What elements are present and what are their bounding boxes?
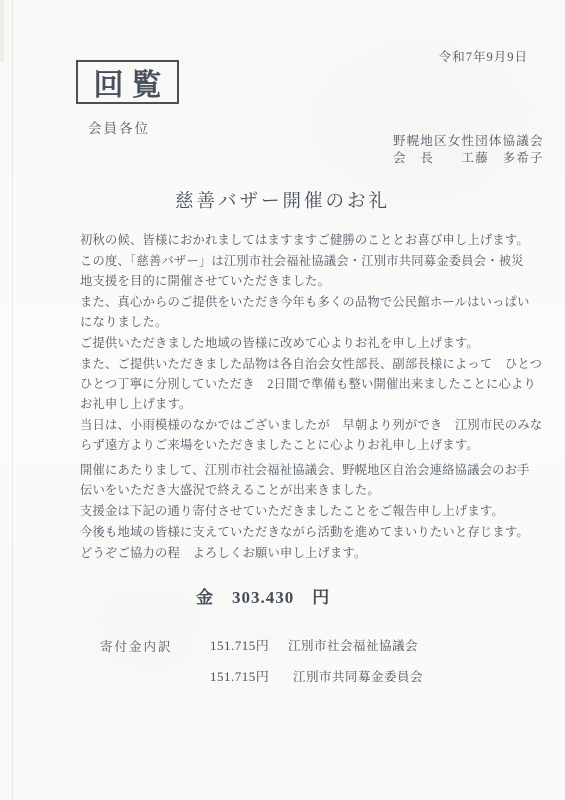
scan-edge-shade bbox=[0, 0, 4, 62]
total-amount: 金 303.430 円 bbox=[196, 583, 330, 608]
scanned-document-page: 令和7年9月9日 回覧 会員各位 野幌地区女性団体協議会 会 長 工藤 多希子 … bbox=[0, 0, 565, 800]
breakdown-organization: 江別市社会福祉協議会 bbox=[288, 636, 418, 654]
paragraph: 今後も地域の皆様に支えていただきながら活動を進めてまいりたいと存じます。 bbox=[80, 522, 542, 542]
recipient-line: 会員各位 bbox=[88, 117, 150, 137]
sender-president-name: 会 長 工藤 多希子 bbox=[393, 150, 544, 167]
paragraph: 支援金は下記の通り寄付させていただきましたことをご報告申し上げます。 bbox=[80, 501, 542, 521]
paragraph: また、真心からのご提供をいただき今年も多くの品物で公民館ホールはいっぱい になり… bbox=[80, 292, 542, 332]
paragraph: 初秋の候、皆様におかれましてはますますご健勝のこととお喜び申し上げます。 bbox=[80, 230, 542, 250]
document-title: 慈善バザー開催のお礼 bbox=[0, 187, 565, 213]
paragraph: 当日は、小雨模様のなかではございましたが 早朝より列ができ 江別市民のみな らず… bbox=[80, 415, 542, 455]
scan-edge-line bbox=[12, 0, 13, 800]
paragraph: この度、「慈善バザー」は江別市社会福祉協議会・江別市共同募金委員会・被災 地支援… bbox=[80, 251, 542, 291]
circular-stamp-box: 回覧 bbox=[76, 60, 179, 104]
donation-breakdown-label: 寄付金内訳 bbox=[100, 637, 173, 655]
breakdown-organization: 江別市共同募金委員会 bbox=[293, 667, 423, 685]
paragraph: ご提供いただきました地域の皆様に改めて心よりお礼を申し上げます。 bbox=[80, 333, 542, 353]
letter-body: 初秋の候、皆様におかれましてはますますご健勝のこととお喜び申し上げます。 この度… bbox=[80, 230, 542, 564]
paragraph: また、ご提供いただきました品物は各自治会女性部長、副部長様によって ひとつ ひと… bbox=[80, 354, 542, 414]
paragraph: どうぞご協力の程 よろしくお願い申し上げます。 bbox=[80, 543, 542, 563]
circular-stamp-label: 回覧 bbox=[86, 60, 170, 104]
breakdown-amount: 151.715円 bbox=[210, 635, 269, 654]
sender-organization: 野幌地区女性団体協議会 bbox=[393, 133, 544, 150]
breakdown-amount: 151.715円 bbox=[210, 666, 269, 685]
sender-block: 野幌地区女性団体協議会 会 長 工藤 多希子 bbox=[393, 133, 544, 166]
document-date: 令和7年9月9日 bbox=[439, 47, 528, 65]
paragraph: 開催にあたりまして、江別市社会福祉協議会、野幌地区自治会連絡協議会のお手 伝いを… bbox=[80, 460, 542, 500]
